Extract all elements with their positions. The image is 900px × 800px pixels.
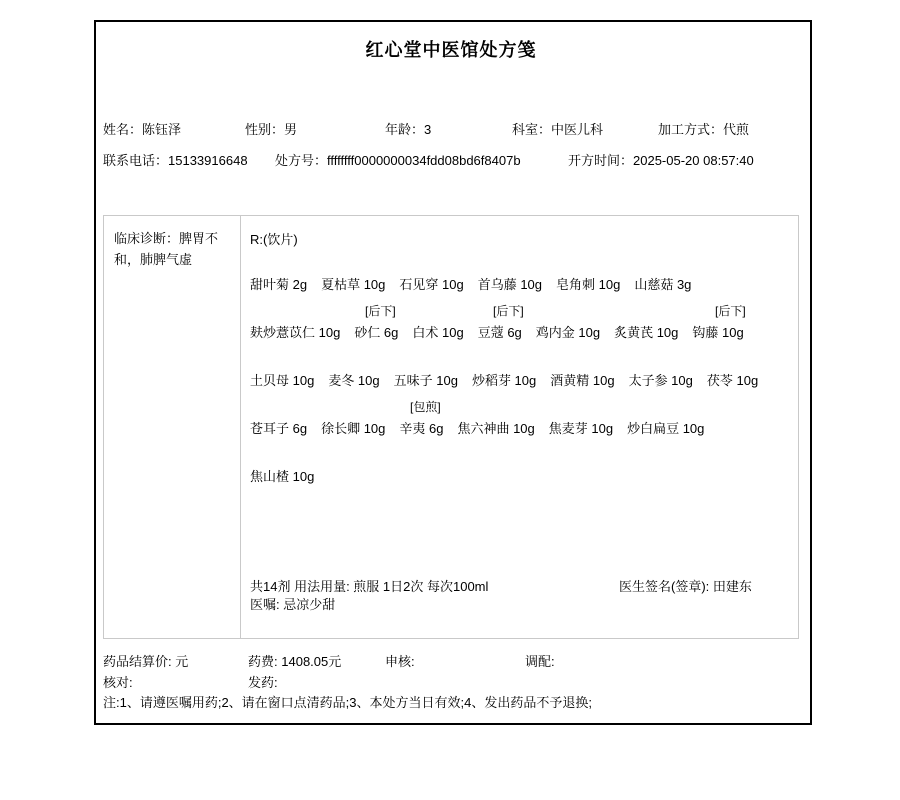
phone-value: 15133916648	[168, 153, 248, 168]
doctor-advice: 医嘱: 忌凉少甜	[250, 594, 335, 613]
settle-price-value: 元	[175, 654, 188, 669]
medicine-item: 夏枯草 10g	[321, 277, 385, 292]
medicine-item: 钩藤 10g	[692, 325, 743, 340]
processing-method-field: 加工方式：代煎	[658, 119, 749, 138]
medicine-row: 苍耳子 6g徐长卿 10g辛夷 6g焦六神曲 10g焦麦芽 10g炒白扁豆 10…	[250, 418, 790, 442]
decoction-method-tag: [后下]	[493, 302, 524, 319]
decoction-method-tag: [后下]	[715, 302, 746, 319]
phone-field: 联系电话：15133916648	[103, 150, 248, 169]
spacer-row	[250, 346, 790, 370]
dispense-field: 发药:	[248, 672, 278, 691]
decoction-annotation-row: [后下][后下][后下]	[250, 298, 790, 322]
check-label: 核对:	[103, 675, 133, 690]
phone-label: 联系电话：	[103, 153, 168, 168]
patient-name-field: 姓名：陈钰泽	[103, 119, 181, 138]
medicine-item: 五味子 10g	[394, 373, 458, 388]
medicine-item: 辛夷 6g	[399, 421, 443, 436]
medicine-item: 石见穿 10g	[399, 277, 463, 292]
medicine-item: 焦麦芽 10g	[549, 421, 613, 436]
prescription-body-box: 临床诊断：脾胃不和，肺脾气虚 R:(饮片) 甜叶菊 2g夏枯草 10g石见穿 1…	[103, 215, 799, 639]
rx-form-label: R:(饮片)	[250, 229, 790, 248]
decoction-method-tag: [包煎]	[410, 398, 441, 415]
rx-time-field: 开方时间：2025-05-20 08:57:40	[568, 150, 754, 169]
patient-name-value: 陈钰泽	[142, 122, 181, 137]
medicine-item: 山慈菇 3g	[634, 277, 691, 292]
review-label: 申核:	[385, 654, 415, 669]
medicine-item: 苍耳子 6g	[250, 421, 307, 436]
patient-age-label: 年龄：	[385, 122, 424, 137]
rx-number-field: 处方号：ffffffff0000000034fdd08bd6f8407b	[275, 150, 521, 169]
processing-method-label: 加工方式：	[658, 122, 723, 137]
medicine-row: 麸炒薏苡仁 10g砂仁 6g白术 10g豆蔻 6g鸡内金 10g炙黄芪 10g钩…	[250, 322, 790, 346]
medicine-item: 酒黄精 10g	[550, 373, 614, 388]
fee-value: 1408.05元	[281, 654, 341, 669]
patient-gender-label: 性别：	[245, 122, 284, 137]
rx-number-value: ffffffff0000000034fdd08bd6f8407b	[327, 153, 521, 168]
settle-price-label: 药品结算价:	[103, 654, 172, 669]
fee-field: 药费: 1408.05元	[248, 651, 341, 670]
medicine-item: 炒稻芽 10g	[472, 373, 536, 388]
rx-number-label: 处方号：	[275, 153, 327, 168]
department-value: 中医儿科	[551, 122, 603, 137]
rx-time-label: 开方时间：	[568, 153, 633, 168]
medicine-item: 豆蔻 6g	[478, 325, 522, 340]
patient-gender-field: 性别：男	[245, 119, 297, 138]
decoction-method-tag: [后下]	[365, 302, 396, 319]
prepare-field: 调配:	[525, 651, 555, 670]
medicine-lines: 甜叶菊 2g夏枯草 10g石见穿 10g首乌藤 10g皂角刺 10g山慈菇 3g…	[250, 274, 790, 490]
prepare-label: 调配:	[525, 654, 555, 669]
medicine-item: 白术 10g	[412, 325, 463, 340]
medicine-item: 首乌藤 10g	[478, 277, 542, 292]
medicine-item: 茯苓 10g	[707, 373, 758, 388]
rx-content-area: R:(饮片) 甜叶菊 2g夏枯草 10g石见穿 10g首乌藤 10g皂角刺 10…	[242, 216, 798, 638]
settle-price-field: 药品结算价: 元	[103, 651, 188, 670]
medicine-item: 麸炒薏苡仁 10g	[250, 325, 340, 340]
medicine-item: 徐长卿 10g	[321, 421, 385, 436]
check-field: 核对:	[103, 672, 133, 691]
patient-age-field: 年龄：3	[385, 119, 431, 138]
department-label: 科室：	[512, 122, 551, 137]
medicine-item: 砂仁 6g	[354, 325, 398, 340]
dispense-label: 发药:	[248, 675, 278, 690]
review-field: 申核:	[385, 651, 415, 670]
medicine-item: 焦山楂 10g	[250, 469, 314, 484]
page-title: 红心堂中医馆处方笺	[94, 36, 808, 62]
prescription-page: 红心堂中医馆处方笺 姓名：陈钰泽 性别：男 年龄：3 科室：中医儿科 加工方式：…	[0, 0, 900, 800]
medicine-item: 麦冬 10g	[328, 373, 379, 388]
patient-gender-value: 男	[284, 122, 297, 137]
medicine-item: 甜叶菊 2g	[250, 277, 307, 292]
medicine-item: 鸡内金 10g	[536, 325, 600, 340]
medicine-row: 焦山楂 10g	[250, 466, 790, 490]
rx-time-value: 2025-05-20 08:57:40	[633, 153, 754, 168]
medicine-item: 炙黄芪 10g	[614, 325, 678, 340]
medicine-row: 甜叶菊 2g夏枯草 10g石见穿 10g首乌藤 10g皂角刺 10g山慈菇 3g	[250, 274, 790, 298]
footer-note: 注:1、请遵医嘱用药;2、请在窗口点清药品;3、本处方当日有效;4、发出药品不予…	[103, 692, 592, 711]
department-field: 科室：中医儿科	[512, 119, 603, 138]
fee-label: 药费:	[248, 654, 278, 669]
clinical-diagnosis: 临床诊断：脾胃不和，肺脾气虚	[104, 216, 241, 638]
patient-age-value: 3	[424, 122, 431, 137]
medicine-item: 皂角刺 10g	[556, 277, 620, 292]
medicine-item: 土贝母 10g	[250, 373, 314, 388]
medicine-row: 土贝母 10g麦冬 10g五味子 10g炒稻芽 10g酒黄精 10g太子参 10…	[250, 370, 790, 394]
medicine-item: 焦六神曲 10g	[457, 421, 534, 436]
usage-line: 共14剂 用法用量: 煎服 1日2次 每次100ml	[250, 576, 488, 595]
doctor-signature: 医生签名(签章): 田建东	[619, 576, 752, 595]
medicine-item: 太子参 10g	[629, 373, 693, 388]
patient-name-label: 姓名：	[103, 122, 142, 137]
processing-method-value: 代煎	[723, 122, 749, 137]
medicine-item: 炒白扁豆 10g	[627, 421, 704, 436]
decoction-annotation-row: [包煎]	[250, 394, 790, 418]
spacer-row	[250, 442, 790, 466]
